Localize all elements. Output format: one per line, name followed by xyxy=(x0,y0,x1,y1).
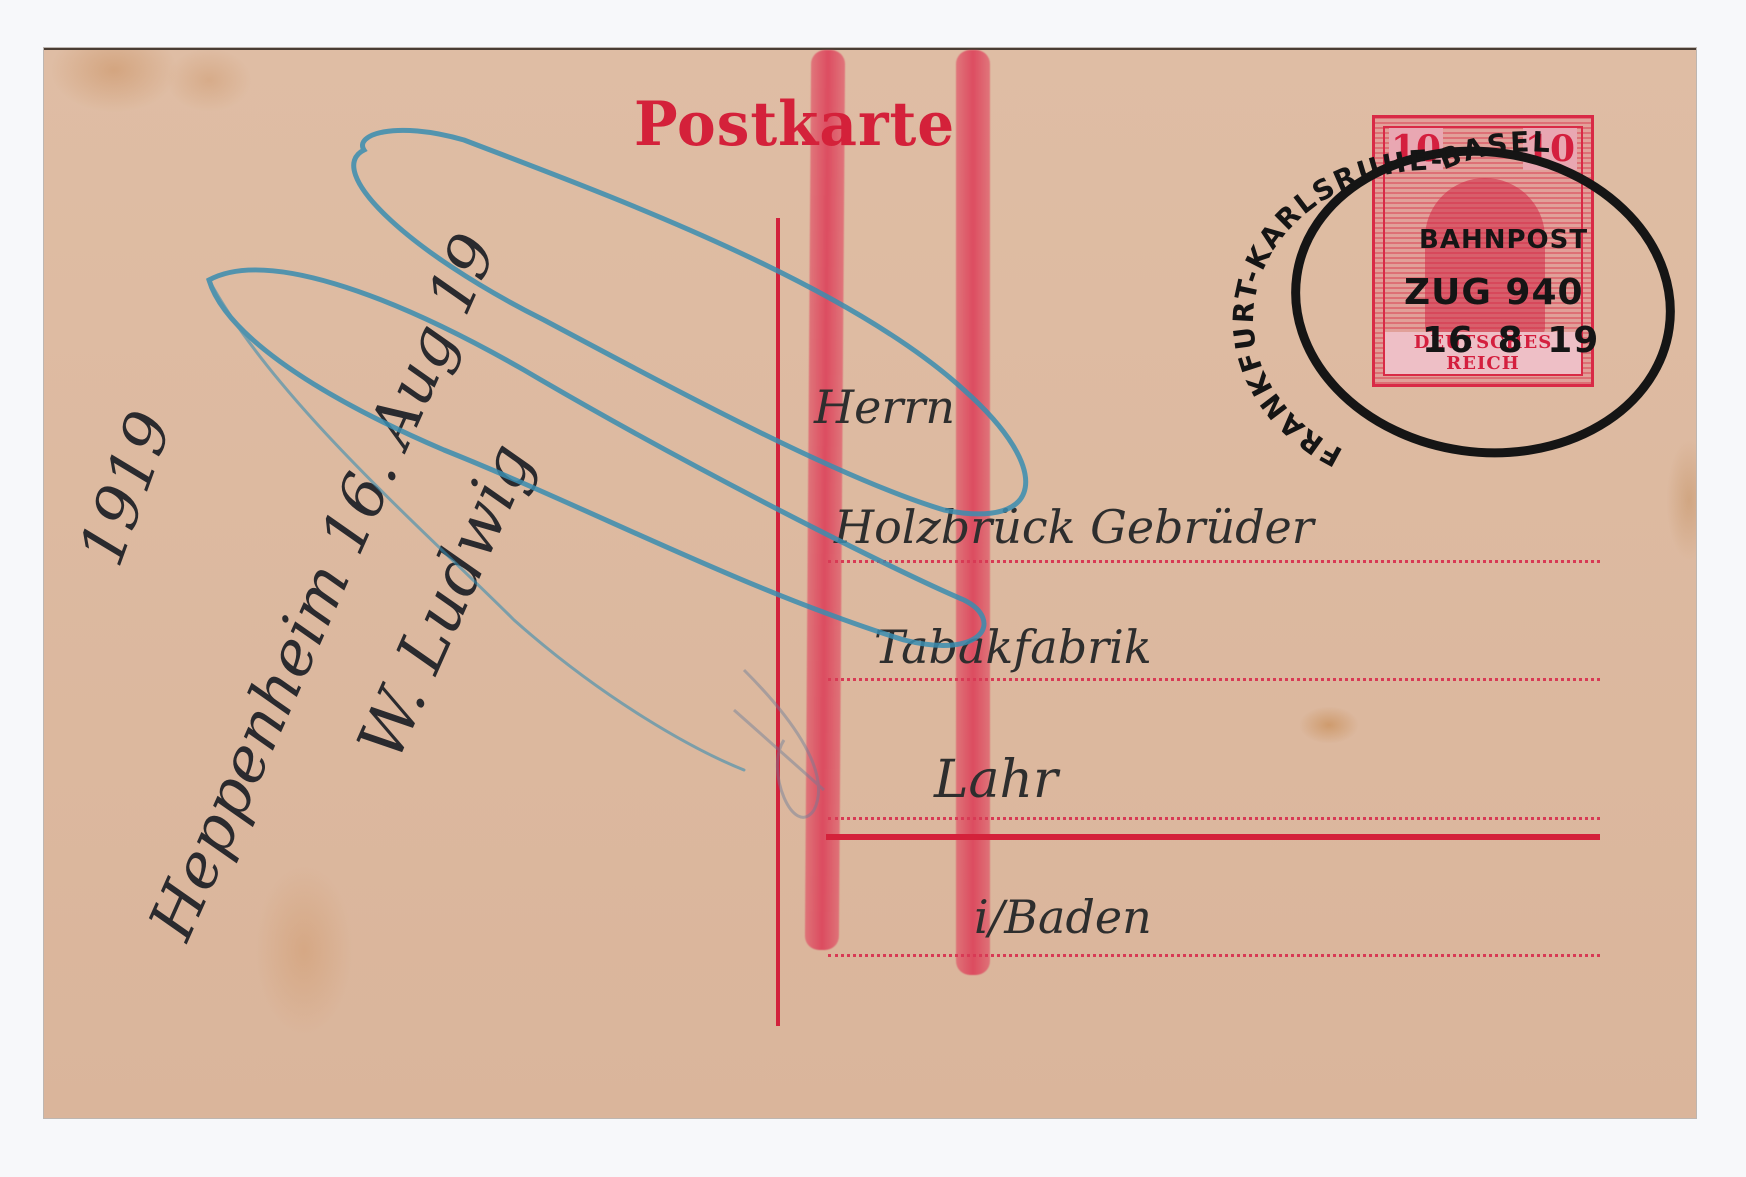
blue-crayon-ovals xyxy=(209,130,1026,770)
faint-pencil-marks xyxy=(734,670,824,817)
annotations-overlay: FRANKFURT-KARLSRUHE-BASEL xyxy=(44,50,1696,1118)
postcard: Postkarte 10 10 DEUTSCHES REICH BAHNPOST… xyxy=(44,48,1696,1118)
postmark-route: FRANKFURT-KARLSRUHE-BASEL xyxy=(1227,125,1553,473)
